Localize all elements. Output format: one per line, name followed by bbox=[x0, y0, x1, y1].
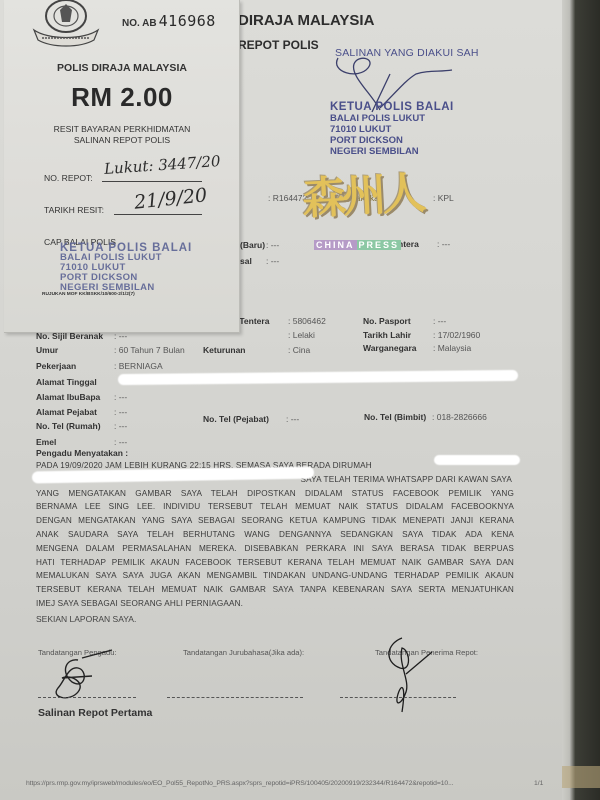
value-nationality: : Malaysia bbox=[433, 343, 471, 353]
statement-line: YANG MENGATAKAN GAMBAR SAYA TELAH DIPOST… bbox=[36, 487, 514, 501]
value-dob: : 17/02/1960 bbox=[433, 330, 480, 340]
label-mobile-tel: No. Tel (Bimbit) bbox=[364, 412, 426, 422]
interpreter-signature-line bbox=[167, 697, 303, 698]
label-office-address: Alamat Pejabat bbox=[36, 407, 97, 417]
statement-line: IMEJ SAYA SEBAGAI SEORANG AHLI PERNIAGAA… bbox=[36, 597, 514, 611]
receipt-amount: RM 2.00 bbox=[4, 82, 240, 113]
report-no-label: NO. REPOT: bbox=[44, 173, 93, 183]
redaction-home-address bbox=[118, 370, 518, 385]
statement-line: TERSEBUT KERANA TELAH MEMUAT NAIK GAMBAR… bbox=[36, 583, 514, 597]
watermark-chinese-text: 森州人 bbox=[300, 157, 423, 227]
receiver-signature-line bbox=[340, 697, 456, 698]
label-office-tel: No. Tel (Pejabat) bbox=[203, 414, 269, 424]
table-background-edge bbox=[562, 0, 600, 800]
label-passport: No. Pasport bbox=[363, 316, 411, 326]
value-race: : Cina bbox=[288, 345, 310, 355]
receipt-reference: RUJUKAN MOF KK/BSKK/10/600-2/1/2(7) bbox=[42, 292, 135, 297]
report-header-subtitle: REPOT POLIS bbox=[238, 38, 319, 52]
label-age: Umur bbox=[36, 345, 58, 355]
closing-text: SEKIAN LAPORAN SAYA. bbox=[36, 614, 136, 624]
label-race: Keturunan bbox=[203, 345, 246, 355]
value-age: : 60 Tahun 7 Bulan bbox=[114, 345, 185, 355]
label-email: Emel bbox=[36, 437, 56, 447]
statement-line: DENGAN MENGATAKAN YANG SAYA SEBAGAI SEOR… bbox=[36, 514, 514, 528]
police-crest-icon bbox=[28, 0, 104, 48]
value-office-address: : --- bbox=[114, 407, 127, 417]
label-nationality: Warganegara bbox=[363, 343, 417, 353]
watermark-brand: CHINAPRESS bbox=[314, 240, 401, 250]
report-no-line bbox=[102, 181, 202, 182]
payment-receipt-slip: NO. AB416968 POLIS DIRAJA MALAYSIA RM 2.… bbox=[4, 0, 240, 333]
field-value-polis-tentera: : --- bbox=[437, 239, 450, 249]
statement-line: HATI TERHADAP PEMILIK AKAUN FACEBOOK TER… bbox=[36, 556, 514, 570]
china-press-watermark: 森州人 CHINAPRESS bbox=[302, 160, 422, 250]
report-header-title: DIRAJA MALAYSIA bbox=[238, 12, 374, 29]
label-home-address: Alamat Tinggal bbox=[36, 377, 97, 387]
footer-page-number: 1/1 bbox=[534, 780, 543, 787]
label-dob: Tarikh Lahir bbox=[363, 330, 411, 340]
value-passport: : --- bbox=[433, 316, 446, 326]
redaction-address-end bbox=[434, 455, 520, 465]
receipt-date-handwritten: 21/9/20 bbox=[133, 184, 208, 214]
value-parents-address: : --- bbox=[114, 392, 127, 402]
complainant-signature-line bbox=[38, 697, 136, 698]
statement-line: MEMALUKAN SAYA SAYA JUGA AKAN MENGAMBIL … bbox=[36, 569, 514, 583]
value-polis-tentera: : 5806462 bbox=[288, 316, 326, 326]
field-label-asal: sal bbox=[240, 256, 252, 266]
label-home-tel: No. Tel (Rumah) bbox=[36, 421, 101, 431]
field-label-baru: (Baru) bbox=[240, 240, 265, 250]
value-mobile-tel: : 018-2826666 bbox=[432, 412, 487, 422]
footer-url: https://prs.rmp.gov.my/iprsweb/modules/e… bbox=[26, 780, 453, 787]
wood-surface bbox=[562, 766, 600, 788]
receipt-date-label: TARIKH RESIT: bbox=[44, 205, 104, 215]
statement-line: MENGENA DALAM PERMASALAHAN MEREKA. DISEB… bbox=[36, 542, 514, 556]
station-stamp: KETUA POLIS BALAI BALAI POLIS LUKUT 7101… bbox=[60, 243, 192, 293]
first-report-copy-label: Salinan Repot Pertama bbox=[38, 707, 152, 719]
value-home-tel: : --- bbox=[114, 421, 127, 431]
value-occupation: : BERNIAGA bbox=[114, 361, 163, 371]
label-parents-address: Alamat IbuBapa bbox=[36, 392, 100, 402]
field-value-baru: : --- bbox=[266, 240, 279, 250]
rank-value: : KPL bbox=[433, 193, 454, 203]
receipt-serial-number: NO. AB416968 bbox=[122, 12, 216, 30]
statement-label: Pengadu Menyatakan : bbox=[36, 448, 128, 458]
receipt-date-line bbox=[114, 214, 202, 215]
value-office-tel: : --- bbox=[286, 414, 299, 424]
label-occupation: Pekerjaan bbox=[36, 361, 76, 371]
complainant-signature-icon bbox=[42, 648, 122, 700]
statement-line: ANAK SAUDARA SAYA TELAH BERHUTANG WANG D… bbox=[36, 528, 514, 542]
field-value-asal: : --- bbox=[266, 256, 279, 266]
receiver-signature-icon bbox=[372, 634, 452, 716]
label-polis-tentera: /Tentera bbox=[237, 316, 269, 326]
value-email: : --- bbox=[114, 437, 127, 447]
report-no-handwritten: Lukut: 3447/20 bbox=[104, 152, 222, 178]
statement-line: BERNAMA LEE SING LEE. INDIVIDU TERSEBUT … bbox=[36, 500, 514, 514]
station-chief-stamp: KETUA POLIS BALAI BALAI POLIS LUKUT 7101… bbox=[330, 102, 454, 157]
receipt-description: RESIT BAYARAN PERKHIDMATAN SALINAN REPOT… bbox=[4, 124, 240, 146]
receipt-organization: POLIS DIRAJA MALAYSIA bbox=[4, 62, 240, 74]
value-sex: : Lelaki bbox=[288, 330, 315, 340]
interpreter-signature-label: Tandatangan Jurubahasa(Jika ada): bbox=[183, 648, 304, 657]
